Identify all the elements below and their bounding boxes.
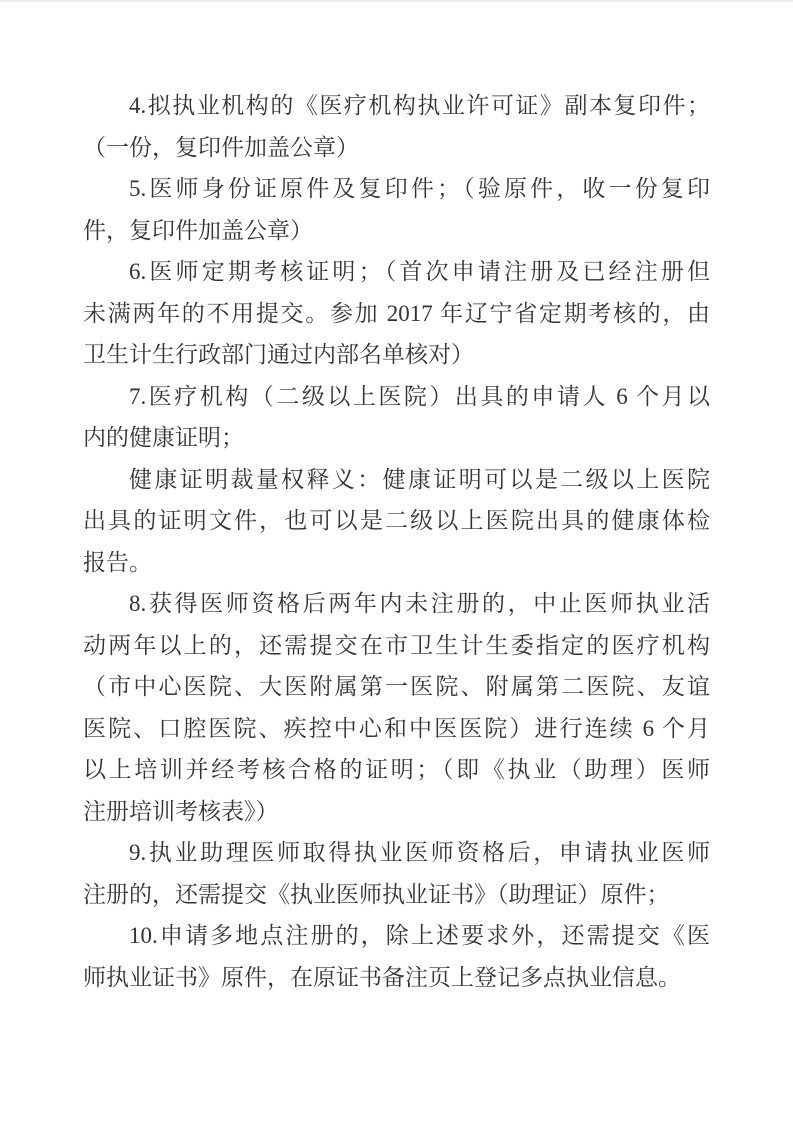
text-line: 动两年以上的，还需提交在市卫生计生委指定的医疗机构	[83, 625, 710, 667]
text-line: 5.医师身份证原件及复印件；（验原件，收一份复印	[83, 168, 710, 210]
text-line: 未满两年的不用提交。参加 2017 年辽宁省定期考核的，由	[83, 293, 710, 335]
item-8-training-proof: 8.获得医师资格后两年内未注册的，中止医师执业活动两年以上的，还需提交在市卫生计…	[83, 583, 710, 832]
text-line: 师执业证书》原件，在原证书备注页上登记多点执业信息。	[83, 957, 710, 999]
text-line: 7.医疗机构（二级以上医院）出具的申请人 6 个月以	[83, 376, 710, 418]
document-page: 4.拟执业机构的《医疗机构执业许可证》副本复印件；（一份，复印件加盖公章）5.医…	[0, 0, 793, 1122]
text-line: （一份，复印件加盖公章）	[83, 127, 710, 169]
text-line: 8.获得医师资格后两年内未注册的，中止医师执业活	[83, 583, 710, 625]
text-line: 健康证明裁量权释义：健康证明可以是二级以上医院	[83, 459, 710, 501]
text-line: 医院、口腔医院、疾控中心和中医医院）进行连续 6 个月	[83, 708, 710, 750]
text-line: （市中心医院、大医附属第一医院、附属第二医院、友谊	[83, 666, 710, 708]
item-9-assistant-license: 9.执业助理医师取得执业医师资格后，申请执业医师注册的，还需提交《执业医师执业证…	[83, 832, 710, 915]
item-10-multi-site-registration: 10.申请多地点注册的，除上述要求外，还需提交《医师执业证书》原件，在原证书备注…	[83, 915, 710, 998]
text-line: 件，复印件加盖公章）	[83, 210, 710, 252]
text-line: 10.申请多地点注册的，除上述要求外，还需提交《医	[83, 915, 710, 957]
item-5-id-card: 5.医师身份证原件及复印件；（验原件，收一份复印件，复印件加盖公章）	[83, 168, 710, 251]
text-line: 4.拟执业机构的《医疗机构执业许可证》副本复印件；	[83, 85, 710, 127]
text-line: 出具的证明文件，也可以是二级以上医院出具的健康体检	[83, 500, 710, 542]
item-7-health-certificate: 7.医疗机构（二级以上医院）出具的申请人 6 个月以内的健康证明；	[83, 376, 710, 459]
text-line: 注册的，还需提交《执业医师执业证书》（助理证）原件；	[83, 874, 710, 916]
health-certificate-interpretation: 健康证明裁量权释义：健康证明可以是二级以上医院出具的证明文件，也可以是二级以上医…	[83, 459, 710, 584]
text-line: 6.医师定期考核证明；（首次申请注册及已经注册但	[83, 251, 710, 293]
text-line: 卫生计生行政部门通过内部名单核对）	[83, 334, 710, 376]
scan-edge-artifact	[0, 0, 793, 2]
item-4-license-copy: 4.拟执业机构的《医疗机构执业许可证》副本复印件；（一份，复印件加盖公章）	[83, 85, 710, 168]
text-line: 内的健康证明；	[83, 417, 710, 459]
text-line: 注册培训考核表》）	[83, 791, 710, 833]
document-body: 4.拟执业机构的《医疗机构执业许可证》副本复印件；（一份，复印件加盖公章）5.医…	[83, 85, 710, 998]
text-line: 以上培训并经考核合格的证明；（即《执业（助理）医师	[83, 749, 710, 791]
item-6-periodic-assessment: 6.医师定期考核证明；（首次申请注册及已经注册但未满两年的不用提交。参加 201…	[83, 251, 710, 376]
text-line: 9.执业助理医师取得执业医师资格后，申请执业医师	[83, 832, 710, 874]
text-line: 报告。	[83, 542, 710, 584]
